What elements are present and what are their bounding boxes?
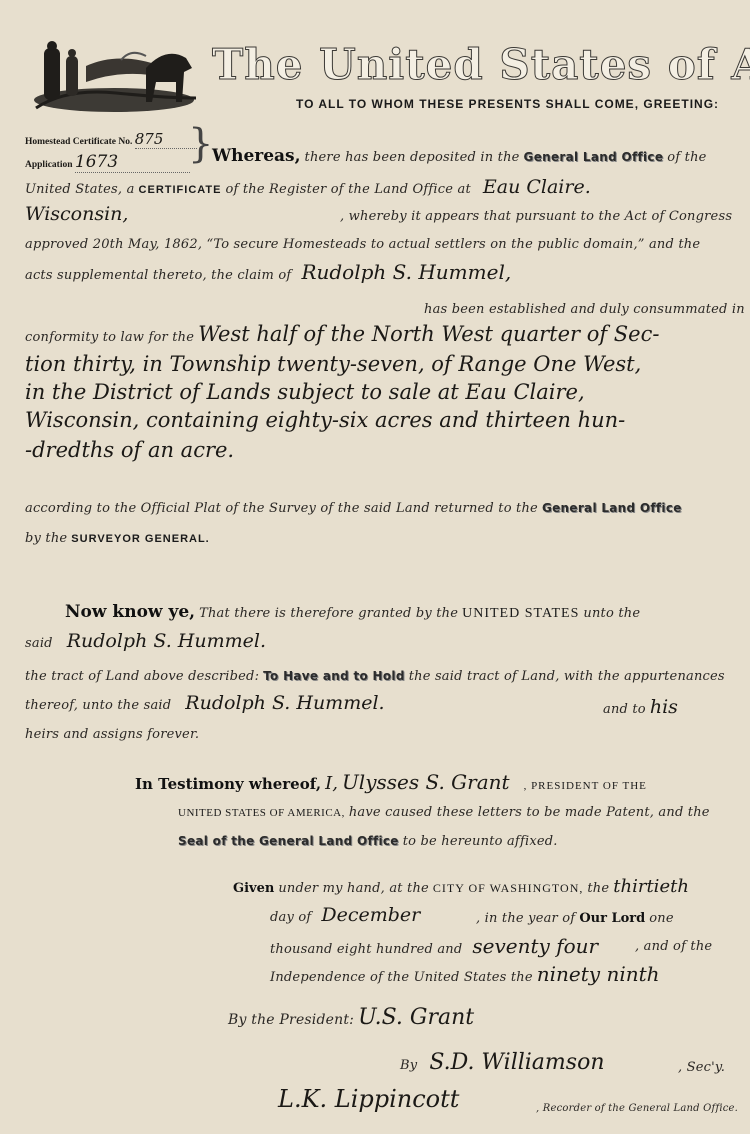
whereas-line-5: acts supplemental thereto, the claim of … xyxy=(25,260,511,284)
given-line-2: day of December , in the year of Our Lor… xyxy=(270,904,720,926)
application-label: Application xyxy=(25,160,73,170)
recorder-row: L.K. Lippincott , Recorder of the Genera… xyxy=(278,1085,728,1113)
survey-line-1: according to the Official Plat of the Su… xyxy=(25,499,682,517)
secretary-row: By S.D. Williamson , Sec'y. xyxy=(400,1050,720,1075)
certificate-number-row: Homestead Certificate No. 875 xyxy=(25,130,197,149)
claimant-name: Rudolph S. Hummel, xyxy=(301,260,511,284)
independence-year-value: ninety ninth xyxy=(537,962,660,986)
now-know-ye: Now know ye, xyxy=(65,602,195,622)
given-line-1: Given under my hand, at the CITY OF WASH… xyxy=(233,876,689,897)
given-line-4: Independence of the United States the ni… xyxy=(270,962,660,986)
testimony-line-2: UNITED STATES OF AMERICA, have caused th… xyxy=(178,803,710,821)
testimony-line-3: Seal of the General Land Office to be he… xyxy=(178,832,558,850)
land-description-line-4: Wisconsin, containing eighty-six acres a… xyxy=(25,408,625,432)
farm-engraving-icon xyxy=(26,38,202,116)
whereas-line-2: United States, a CERTIFICATE of the Regi… xyxy=(25,176,591,198)
land-description-line-1: conformity to law for the West half of t… xyxy=(25,322,659,346)
land-description-line-2: tion thirty, in Township twenty-seven, o… xyxy=(25,352,641,376)
whereas-line-6: has been established and duly consummate… xyxy=(424,302,745,317)
day-value: thirtieth xyxy=(613,876,689,897)
grant-line-5: heirs and assigns forever. xyxy=(25,727,199,742)
whereas-line-3: Wisconsin, , whereby it appears that pur… xyxy=(25,203,720,225)
seal-of-glo: Seal of the General Land Office xyxy=(178,834,399,848)
whereas-line-1: Whereas, there has been deposited in the… xyxy=(212,146,707,166)
brace-divider: } xyxy=(188,124,213,164)
secretary-signature: S.D. Williamson xyxy=(429,1050,604,1075)
land-office-city: Eau Claire. xyxy=(483,176,591,198)
greeting-line: TO ALL TO WHOM THESE PRESENTS SHALL COME… xyxy=(296,97,719,111)
general-land-office-2: General Land Office xyxy=(542,501,682,515)
application-value: 1673 xyxy=(75,152,190,173)
given-line-3: thousand eight hundred and seventy four … xyxy=(270,934,720,958)
president-signature: U.S. Grant xyxy=(358,1005,474,1030)
grant-line-2: said Rudolph S. Hummel. xyxy=(25,630,266,652)
grant-line-3: the tract of Land above described: To Ha… xyxy=(25,667,725,685)
month-value: December xyxy=(321,904,420,926)
survey-line-2: by the SURVEYOR GENERAL. xyxy=(25,529,210,547)
grant-line-4: thereof, unto the said Rudolph S. Hummel… xyxy=(25,692,725,714)
document-title: The United States of America, xyxy=(212,40,750,89)
state-name: Wisconsin, xyxy=(25,203,128,225)
by-the-president-row: By the President: U.S. Grant xyxy=(228,1005,474,1030)
farm-scene-vignette xyxy=(26,38,202,116)
recorder-signature: L.K. Lippincott xyxy=(278,1085,459,1113)
application-number-row: Application 1673 xyxy=(25,152,190,173)
land-description-line-3: in the District of Lands subject to sale… xyxy=(25,380,585,404)
certificate-no-label: Homestead Certificate No. xyxy=(25,137,132,147)
president-name: Ulysses S. Grant xyxy=(342,770,510,794)
testimony-line-1: In Testimony whereof, I, Ulysses S. Gran… xyxy=(135,770,647,794)
whereas-lead: Whereas, xyxy=(212,146,301,166)
grantee-name-2: Rudolph S. Hummel. xyxy=(185,692,384,714)
grantee-name: Rudolph S. Hummel. xyxy=(67,630,266,652)
grant-line-1: Now know ye, That there is therefore gra… xyxy=(65,602,640,622)
pronoun: his xyxy=(650,696,678,718)
land-description-line-5: -dredths of an acre. xyxy=(25,438,234,462)
general-land-office-1: General Land Office xyxy=(524,150,664,164)
in-testimony-whereof: In Testimony whereof, xyxy=(135,775,321,793)
whereas-line-4: approved 20th May, 1862, “To secure Home… xyxy=(25,237,700,252)
year-value: seventy four xyxy=(472,934,598,958)
